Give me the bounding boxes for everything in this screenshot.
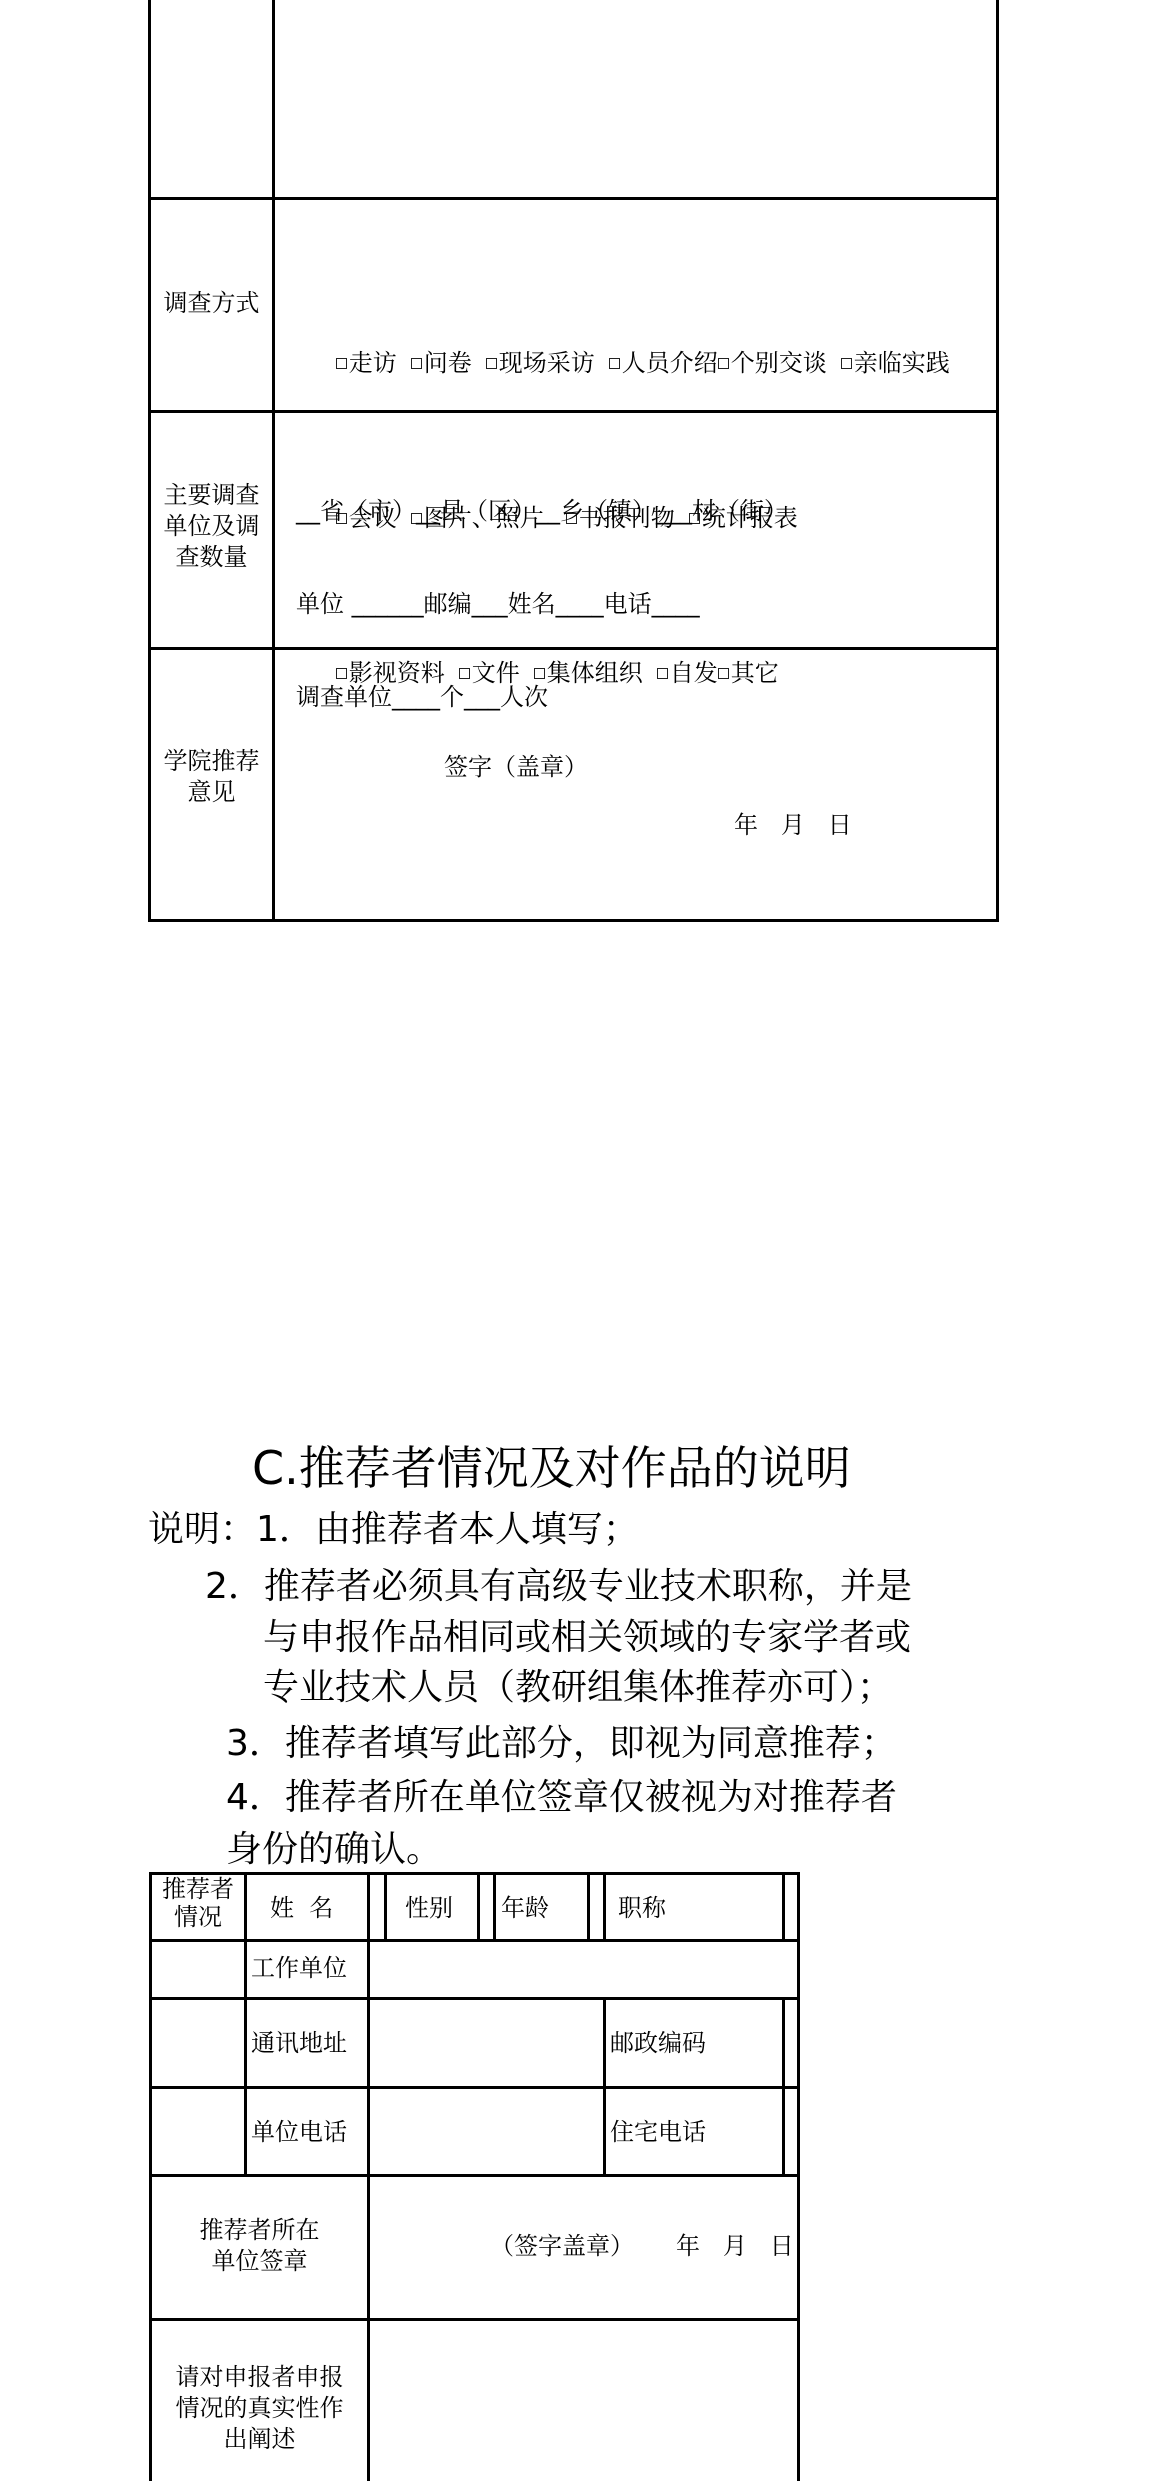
table-column-divider — [782, 1872, 785, 1941]
table-border-bottom — [148, 919, 999, 922]
age-label: 年龄 — [501, 1893, 549, 1923]
table-row-divider — [148, 197, 999, 200]
address-field[interactable] — [371, 2001, 602, 2085]
unit-contact-line[interactable]: 单位 ______邮编___姓名____电话____ — [296, 589, 788, 620]
title-label: 职称 — [618, 1893, 666, 1923]
location-line[interactable]: __省（市）__县（区）__乡（镇）___村（街） — [296, 496, 788, 527]
unit-seal-date-label: 年 月 日 — [676, 2231, 794, 2261]
unit-seal-label: 推荐者所在 单位签章 — [152, 2215, 367, 2277]
note-4: 4．推荐者所在单位签章仅被视为对推荐者 — [226, 1774, 897, 1822]
checkbox-icon[interactable] — [718, 358, 729, 369]
recommender-info-label: 推荐者 情况 — [152, 1875, 244, 1931]
name-label: 姓 名 — [270, 1893, 333, 1923]
table-border-right — [996, 0, 999, 922]
college-signature-label: 签字（盖章） — [444, 752, 588, 783]
college-recommendation-label: 学院推荐 意见 — [151, 746, 272, 808]
option-individual-talk[interactable]: 个别交谈 — [718, 348, 827, 379]
option-practice[interactable]: 亲临实践 — [841, 348, 950, 379]
table-column-divider — [603, 1872, 606, 1941]
unit-seal-signature-label: （签字盖章） — [490, 2231, 634, 2261]
unit-phone-field[interactable] — [371, 2090, 602, 2173]
option-onsite-interview[interactable]: 现场采访 — [486, 348, 595, 379]
address-label: 通讯地址 — [251, 2028, 347, 2058]
main-survey-units-fields[interactable]: __省（市）__县（区）__乡（镇）___村（街） 单位 ______邮编___… — [296, 434, 788, 775]
table-column-divider — [493, 1872, 496, 1941]
table-column-divider — [477, 1872, 480, 1941]
options-line-1: 走访问卷现场采访人员介绍个别交谈亲临实践 — [290, 317, 950, 410]
authenticity-statement-label: 请对申报者申报 情况的真实性作 出阐述 — [152, 2362, 367, 2455]
work-unit-field[interactable] — [371, 1943, 796, 1996]
college-date-label: 年 月 日 — [734, 810, 852, 841]
section-c-title: C.推荐者情况及对作品的说明 — [252, 1440, 851, 1496]
home-phone-label: 住宅电话 — [610, 2117, 706, 2147]
note-2-cont-2: 专业技术人员（教研组集体推荐亦可）； — [263, 1664, 893, 1712]
postcode-label: 邮政编码 — [610, 2028, 706, 2058]
table-row-divider — [149, 2318, 800, 2321]
checkbox-icon[interactable] — [609, 358, 620, 369]
survey-method-label: 调查方式 — [151, 288, 272, 319]
note-3: 3．推荐者填写此部分，即视为同意推荐； — [226, 1720, 897, 1768]
table-column-divider — [782, 1997, 785, 2176]
unit-phone-label: 单位电话 — [251, 2117, 347, 2147]
option-questionnaire[interactable]: 问卷 — [411, 348, 472, 379]
checkbox-icon[interactable] — [486, 358, 497, 369]
gender-label: 性别 — [405, 1893, 453, 1923]
option-visit[interactable]: 走访 — [336, 348, 397, 379]
authenticity-statement-field[interactable] — [371, 2322, 796, 2481]
main-survey-units-label: 主要调查 单位及调 查数量 — [151, 480, 272, 573]
checkbox-icon[interactable] — [411, 358, 422, 369]
table-column-divider — [244, 1872, 247, 2176]
checkbox-icon[interactable] — [841, 358, 852, 369]
note-2: 2．推荐者必须具有高级专业技术职称，并是 — [205, 1563, 912, 1611]
table-column-divider — [603, 1997, 606, 2176]
survey-count-line[interactable]: 调查单位____个___人次 — [296, 682, 788, 713]
table-column-divider — [367, 1872, 370, 2481]
note-2-cont-1: 与申报作品相同或相关领域的专家学者或 — [263, 1614, 911, 1662]
checkbox-icon[interactable] — [336, 358, 347, 369]
table-column-divider — [587, 1872, 590, 1941]
table-column-divider — [272, 0, 275, 922]
note-4-cont: 身份的确认。 — [226, 1826, 442, 1874]
table-column-divider — [384, 1872, 387, 1941]
option-personnel-intro[interactable]: 人员介绍 — [609, 348, 718, 379]
work-unit-label: 工作单位 — [251, 1953, 347, 1983]
note-1: 说明：1．由推荐者本人填写； — [148, 1506, 639, 1554]
